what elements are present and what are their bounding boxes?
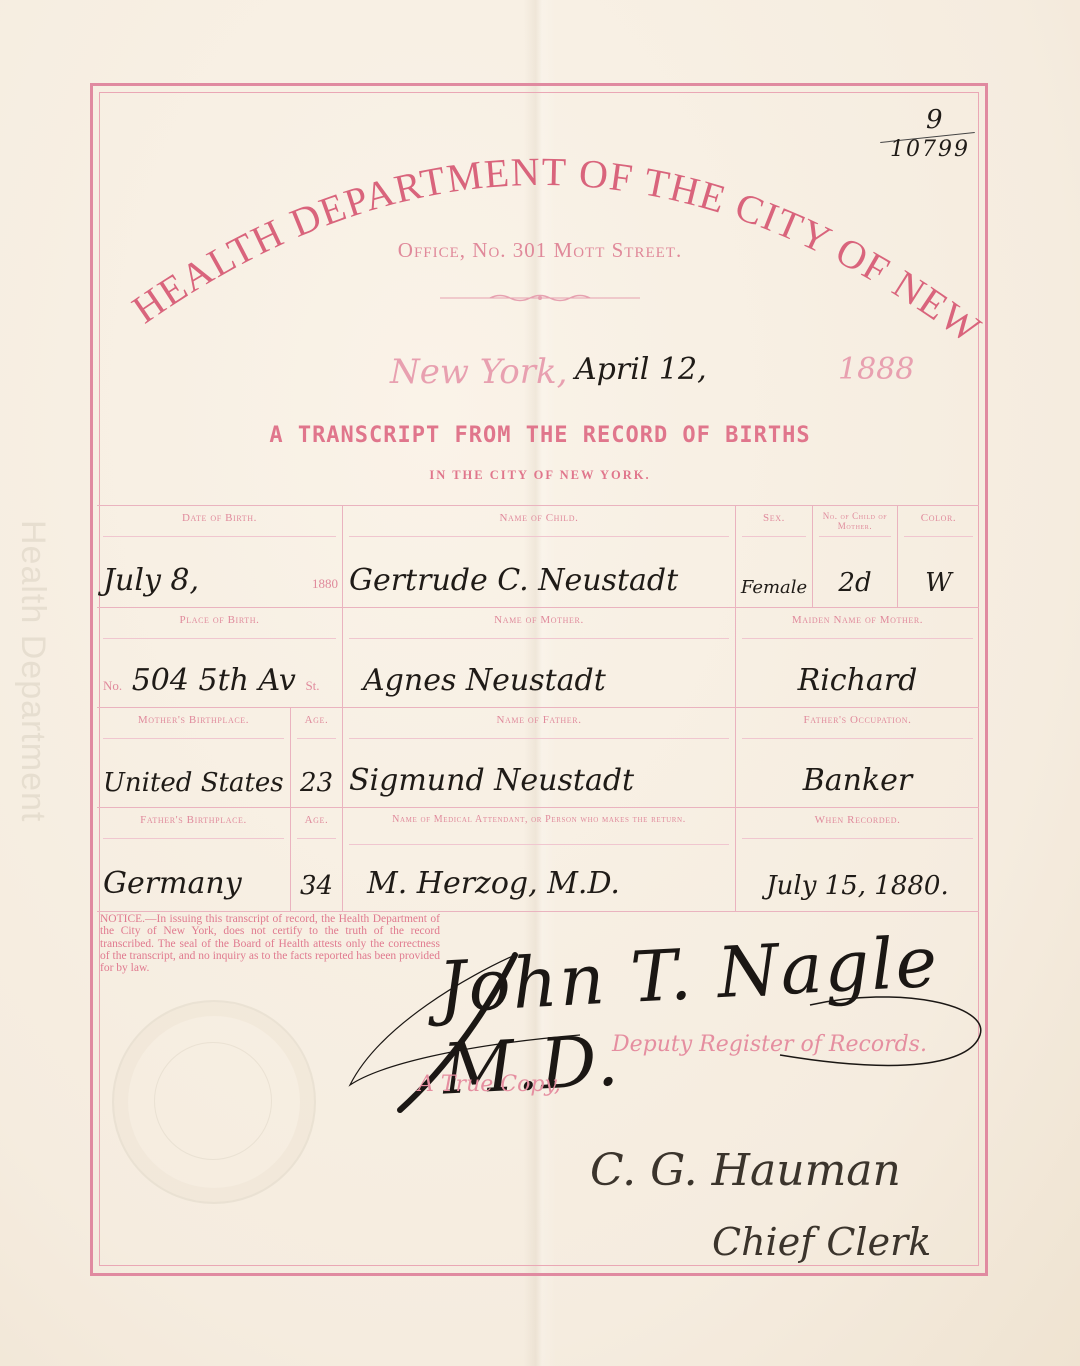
value-birth-year: 1880 (312, 576, 338, 592)
record-row-father: Mother's Birthplace. United States Age. … (97, 707, 979, 808)
record-row-child: Date of Birth. July 8, 1880 Name of Chil… (97, 505, 979, 608)
label-no-of-child: No. of Child of Mother. (813, 511, 897, 531)
registrar-title: Deputy Register of Records. (612, 1032, 927, 1057)
label-name-of-child: Name of Child. (343, 512, 735, 524)
cell-color: Color. W (897, 506, 979, 608)
value-medical-attendant: M. Herzog, M.D. (343, 866, 735, 901)
cell-no-of-child: No. of Child of Mother. 2d (812, 506, 897, 608)
office-address: Office, No. 301 Mott Street. (0, 238, 1080, 263)
dateline-place: New York, (390, 352, 567, 392)
dateline-year: 1888 (838, 352, 914, 387)
clerk-signature: C. G. Hauman (590, 1145, 901, 1196)
label-fathers-age: Age. (291, 814, 342, 826)
cell-fathers-birthplace: Father's Birthplace. Germany (97, 808, 290, 911)
cell-date-of-birth: Date of Birth. July 8, 1880 (97, 506, 342, 608)
cell-maiden-name: Maiden Name of Mother. Richard (735, 608, 979, 708)
record-row-return: Father's Birthplace. Germany Age. 34 Nam… (97, 807, 979, 912)
cell-fathers-occupation: Father's Occupation. Banker (735, 708, 979, 808)
label-mothers-birthplace: Mother's Birthplace. (97, 714, 290, 726)
value-fathers-occupation: Banker (736, 763, 979, 798)
cell-name-of-father: Name of Father. Sigmund Neustadt (342, 708, 735, 808)
value-name-of-mother: Agnes Neustadt (343, 663, 735, 698)
cell-fathers-age: Age. 34 (290, 808, 342, 911)
label-mothers-age: Age. (291, 714, 342, 726)
value-mothers-birthplace: United States (97, 768, 290, 798)
cell-medical-attendant: Name of Medical Attendant, or Person who… (342, 808, 735, 911)
document-title: A TRANSCRIPT FROM THE RECORD OF BIRTHS (0, 423, 1080, 448)
cell-when-recorded: When Recorded. July 15, 1880. (735, 808, 979, 911)
true-copy-label: A True Copy, (418, 1072, 561, 1097)
value-maiden-name: Richard (736, 663, 979, 698)
label-medical-attendant: Name of Medical Attendant, or Person who… (343, 814, 735, 826)
value-when-recorded: July 15, 1880. (736, 871, 979, 901)
cell-name-of-mother: Name of Mother. Agnes Neustadt (342, 608, 735, 708)
place-prefix: No. (103, 678, 122, 693)
department-arc-title: HEALTH DEPARTMENT OF THE CITY OF NEW YOR… (90, 95, 990, 355)
place-suffix: St. (305, 678, 319, 693)
value-date-of-birth-text: July 8, (103, 563, 199, 598)
dateline: New York, April 12, 1888 (0, 350, 1080, 400)
cell-mothers-birthplace: Mother's Birthplace. United States (97, 708, 290, 808)
label-sex: Sex. (736, 512, 812, 524)
label-fathers-occupation: Father's Occupation. (736, 714, 979, 726)
arc-title-text: HEALTH DEPARTMENT OF THE CITY OF NEW YOR… (90, 95, 989, 352)
document-subtitle: IN THE CITY OF NEW YORK. (0, 468, 1080, 483)
value-name-of-father: Sigmund Neustadt (343, 763, 735, 798)
cell-name-of-child: Name of Child. Gertrude C. Neustadt (342, 506, 735, 608)
ornament-divider (440, 293, 640, 303)
label-when-recorded: When Recorded. (736, 814, 979, 826)
value-name-of-child: Gertrude C. Neustadt (343, 563, 735, 598)
record-row-mother: Place of Birth. No. 504 5th Av St. Name … (97, 607, 979, 708)
value-color: W (898, 568, 979, 598)
label-name-of-father: Name of Father. (343, 714, 735, 726)
value-mothers-age: 23 (291, 768, 342, 798)
clerk-title: Chief Clerk (712, 1220, 931, 1264)
seal-center (154, 1042, 272, 1160)
cell-place-of-birth: Place of Birth. No. 504 5th Av St. (97, 608, 342, 708)
label-place-of-birth: Place of Birth. (97, 614, 342, 626)
value-fathers-age: 34 (291, 871, 342, 901)
label-fathers-birthplace: Father's Birthplace. (97, 814, 290, 826)
value-no-of-child: 2d (813, 568, 897, 598)
label-name-of-mother: Name of Mother. (343, 614, 735, 626)
svg-text:HEALTH DEPARTMENT OF THE CITY: HEALTH DEPARTMENT OF THE CITY OF NEW YOR… (90, 95, 989, 352)
dateline-date: April 12, (575, 352, 707, 387)
label-color: Color. (898, 512, 979, 524)
label-date-of-birth: Date of Birth. (97, 512, 342, 524)
label-maiden-name: Maiden Name of Mother. (736, 614, 979, 626)
embossed-seal (112, 1000, 316, 1204)
value-sex: Female (736, 577, 812, 598)
bleed-through-text: Health Department (22, 520, 62, 850)
cell-sex: Sex. Female (735, 506, 812, 608)
cell-mothers-age: Age. 23 (290, 708, 342, 808)
value-date-of-birth: July 8, 1880 (97, 563, 342, 598)
value-fathers-birthplace: Germany (97, 866, 290, 901)
value-place-of-birth-text: 504 5th Av (132, 663, 296, 698)
value-place-of-birth: No. 504 5th Av St. (97, 663, 342, 698)
